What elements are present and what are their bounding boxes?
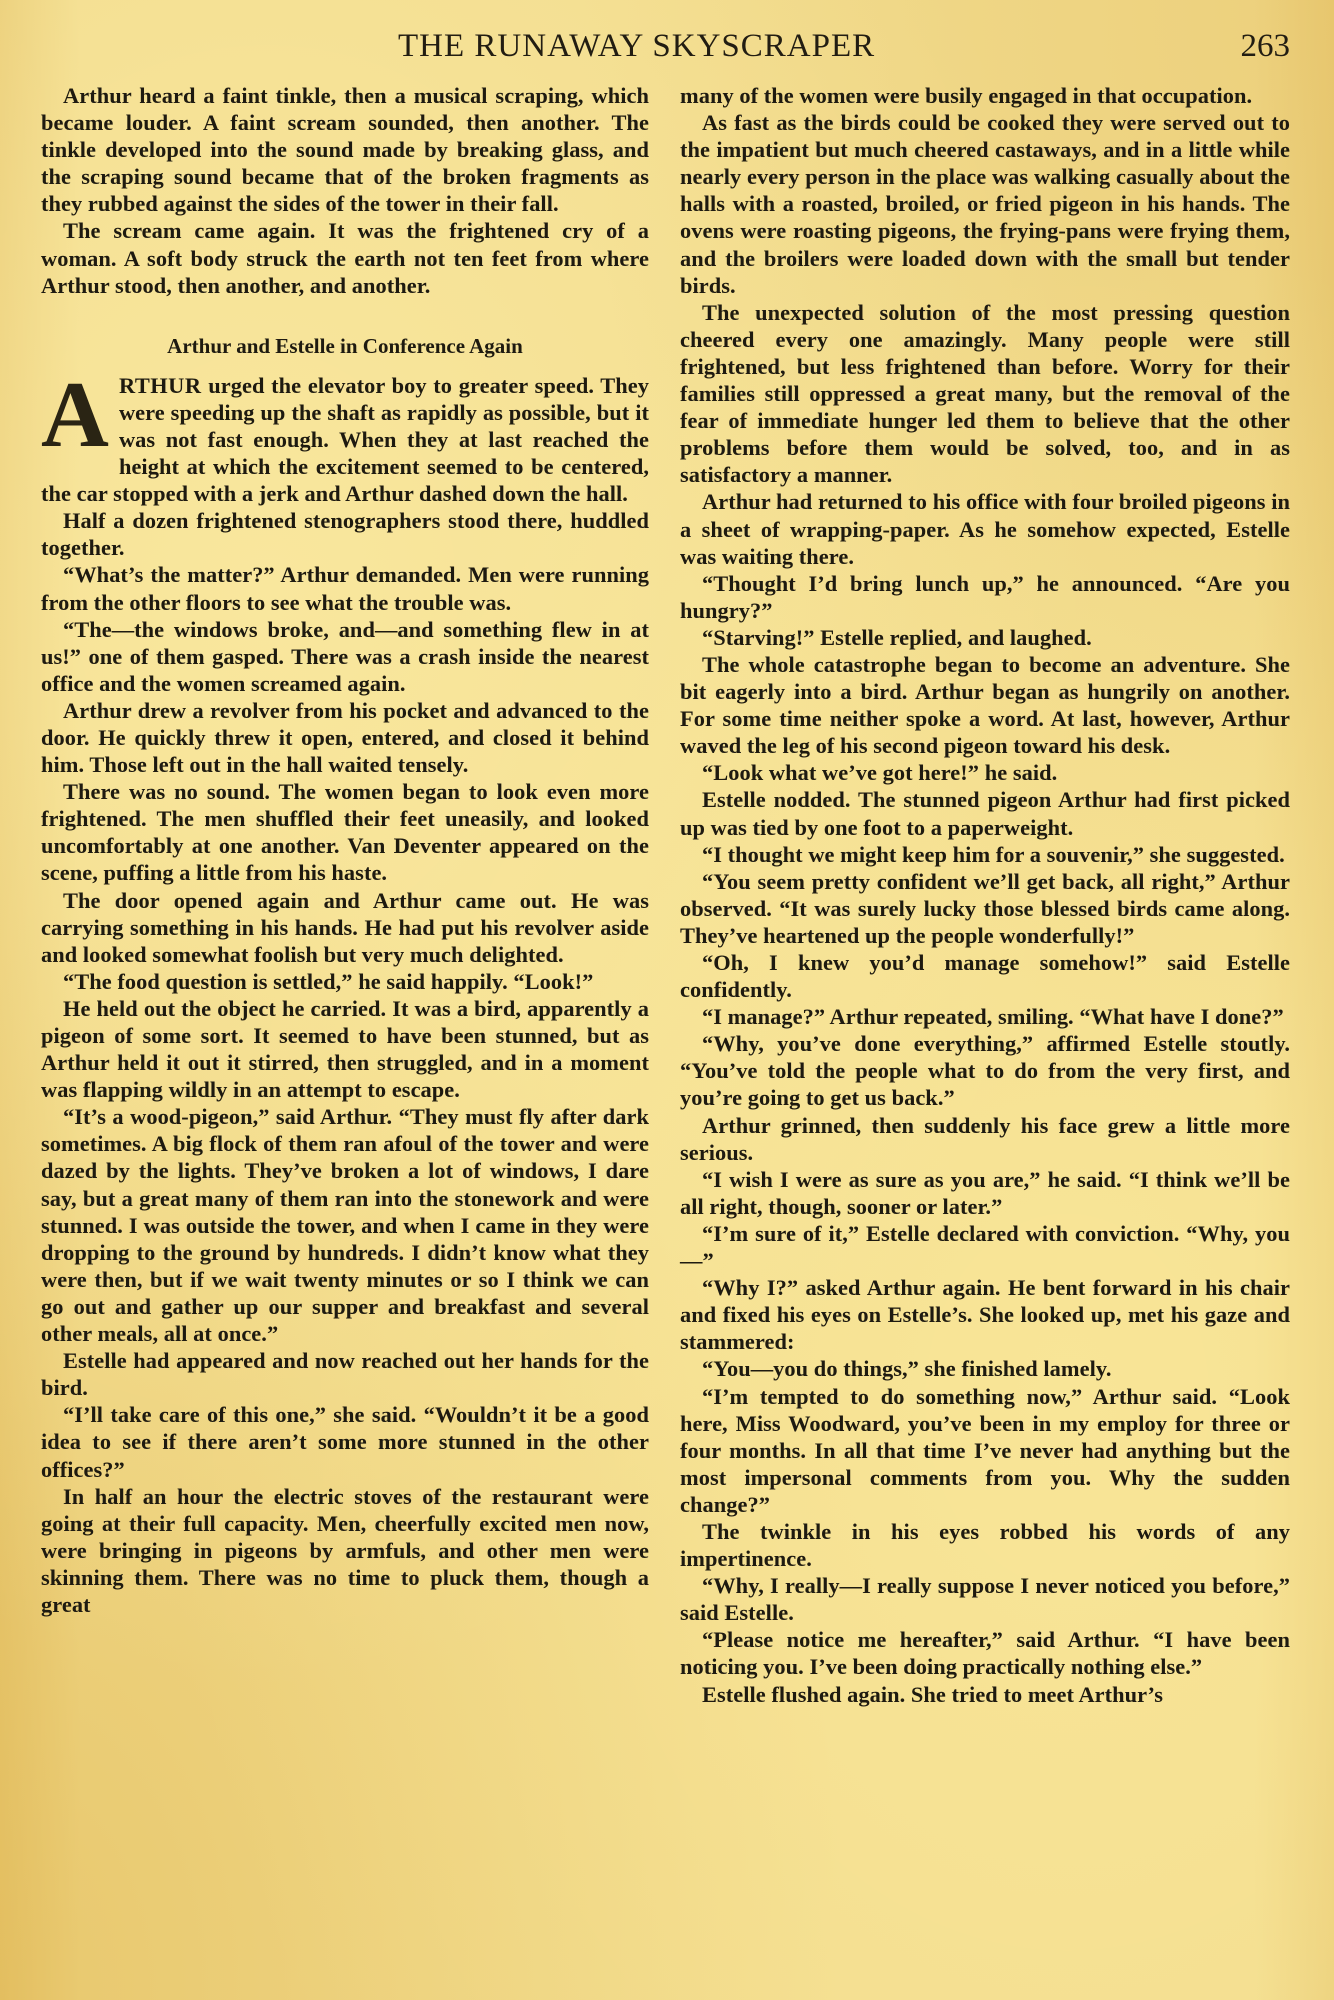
left-column-body-text: Half a dozen frightened stenographers st… [41, 507, 649, 1618]
left-column-opening-text: Arthur heard a faint tinkle, then a musi… [41, 82, 649, 299]
paragraph: Estelle flushed again. She tried to meet… [680, 1681, 1290, 1708]
paragraph: The twinkle in his eyes robbed his words… [680, 1518, 1290, 1572]
section-subhead: Arthur and Estelle in Conference Again [41, 333, 649, 360]
running-title: THE RUNAWAY SKYSCRAPER [398, 28, 875, 65]
running-head: THE RUNAWAY SKYSCRAPER 263 [0, 28, 1334, 68]
paragraph: “What’s the matter?” Arthur demanded. Me… [41, 561, 649, 615]
paragraph: Arthur drew a revolver from his pocket a… [41, 697, 649, 778]
paragraph: “Why, I really—I really suppose I never … [680, 1572, 1290, 1626]
lead-in-caps: RTHUR [119, 373, 202, 398]
paragraph: Arthur grinned, then suddenly his face g… [680, 1112, 1290, 1166]
paragraph: He held out the object he carried. It wa… [41, 995, 649, 1103]
left-column: Arthur heard a faint tinkle, then a musi… [41, 82, 649, 1618]
paragraph: “Thought I’d bring lunch up,” he announc… [680, 570, 1290, 624]
magazine-page: THE RUNAWAY SKYSCRAPER 263 Arthur heard … [0, 0, 1334, 2000]
paragraph: “Starving!” Estelle replied, and laughed… [680, 624, 1290, 651]
paragraph: The door opened again and Arthur came ou… [41, 887, 649, 968]
paragraph: “I’m tempted to do something now,” Arthu… [680, 1383, 1290, 1518]
paragraph: “You seem pretty confident we’ll get bac… [680, 868, 1290, 949]
paragraph: “I’m sure of it,” Estelle declared with … [680, 1220, 1290, 1274]
right-column: many of the women were busily engaged in… [680, 82, 1290, 1708]
dropcap-paragraph: ARTHUR urged the elevator boy to greater… [41, 372, 649, 507]
paragraph: Arthur heard a faint tinkle, then a musi… [41, 82, 649, 217]
paragraph: “I wish I were as sure as you are,” he s… [680, 1166, 1290, 1220]
paragraph: many of the women were busily engaged in… [680, 82, 1290, 109]
paragraph: Half a dozen frightened stenographers st… [41, 507, 649, 561]
paragraph: “Why, you’ve done everything,” affirmed … [680, 1030, 1290, 1111]
paragraph: The whole catastrophe began to become an… [680, 651, 1290, 759]
paragraph: “Oh, I knew you’d manage somehow!” said … [680, 949, 1290, 1003]
paragraph: Estelle had appeared and now reached out… [41, 1347, 649, 1401]
right-column-body-text: many of the women were busily engaged in… [680, 82, 1290, 1708]
paragraph: Estelle nodded. The stunned pigeon Arthu… [680, 786, 1290, 840]
paragraph: The scream came again. It was the fright… [41, 217, 649, 298]
paragraph: “Look what we’ve got here!” he said. [680, 759, 1290, 786]
drop-cap-letter: A [41, 378, 109, 454]
paragraph: “I thought we might keep him for a souve… [680, 841, 1290, 868]
paragraph: “I’ll take care of this one,” she said. … [41, 1401, 649, 1482]
paragraph: “The—the windows broke, and—and somethin… [41, 616, 649, 697]
paragraph: “It’s a wood-pigeon,” said Arthur. “They… [41, 1103, 649, 1347]
paragraph: “Why I?” asked Arthur again. He bent for… [680, 1274, 1290, 1355]
paragraph: “The food question is settled,” he said … [41, 968, 649, 995]
paragraph: “You—you do things,” she finished lamely… [680, 1355, 1290, 1382]
paragraph: The unexpected solution of the most pres… [680, 299, 1290, 489]
paragraph: “Please notice me hereafter,” said Arthu… [680, 1626, 1290, 1680]
paragraph: In half an hour the electric stoves of t… [41, 1483, 649, 1618]
paragraph: Arthur had returned to his office with f… [680, 488, 1290, 569]
paragraph: “I manage?” Arthur repeated, smiling. “W… [680, 1003, 1290, 1030]
page-number: 263 [1241, 28, 1291, 65]
paragraph: There was no sound. The women began to l… [41, 778, 649, 886]
paragraph: As fast as the birds could be cooked the… [680, 109, 1290, 299]
